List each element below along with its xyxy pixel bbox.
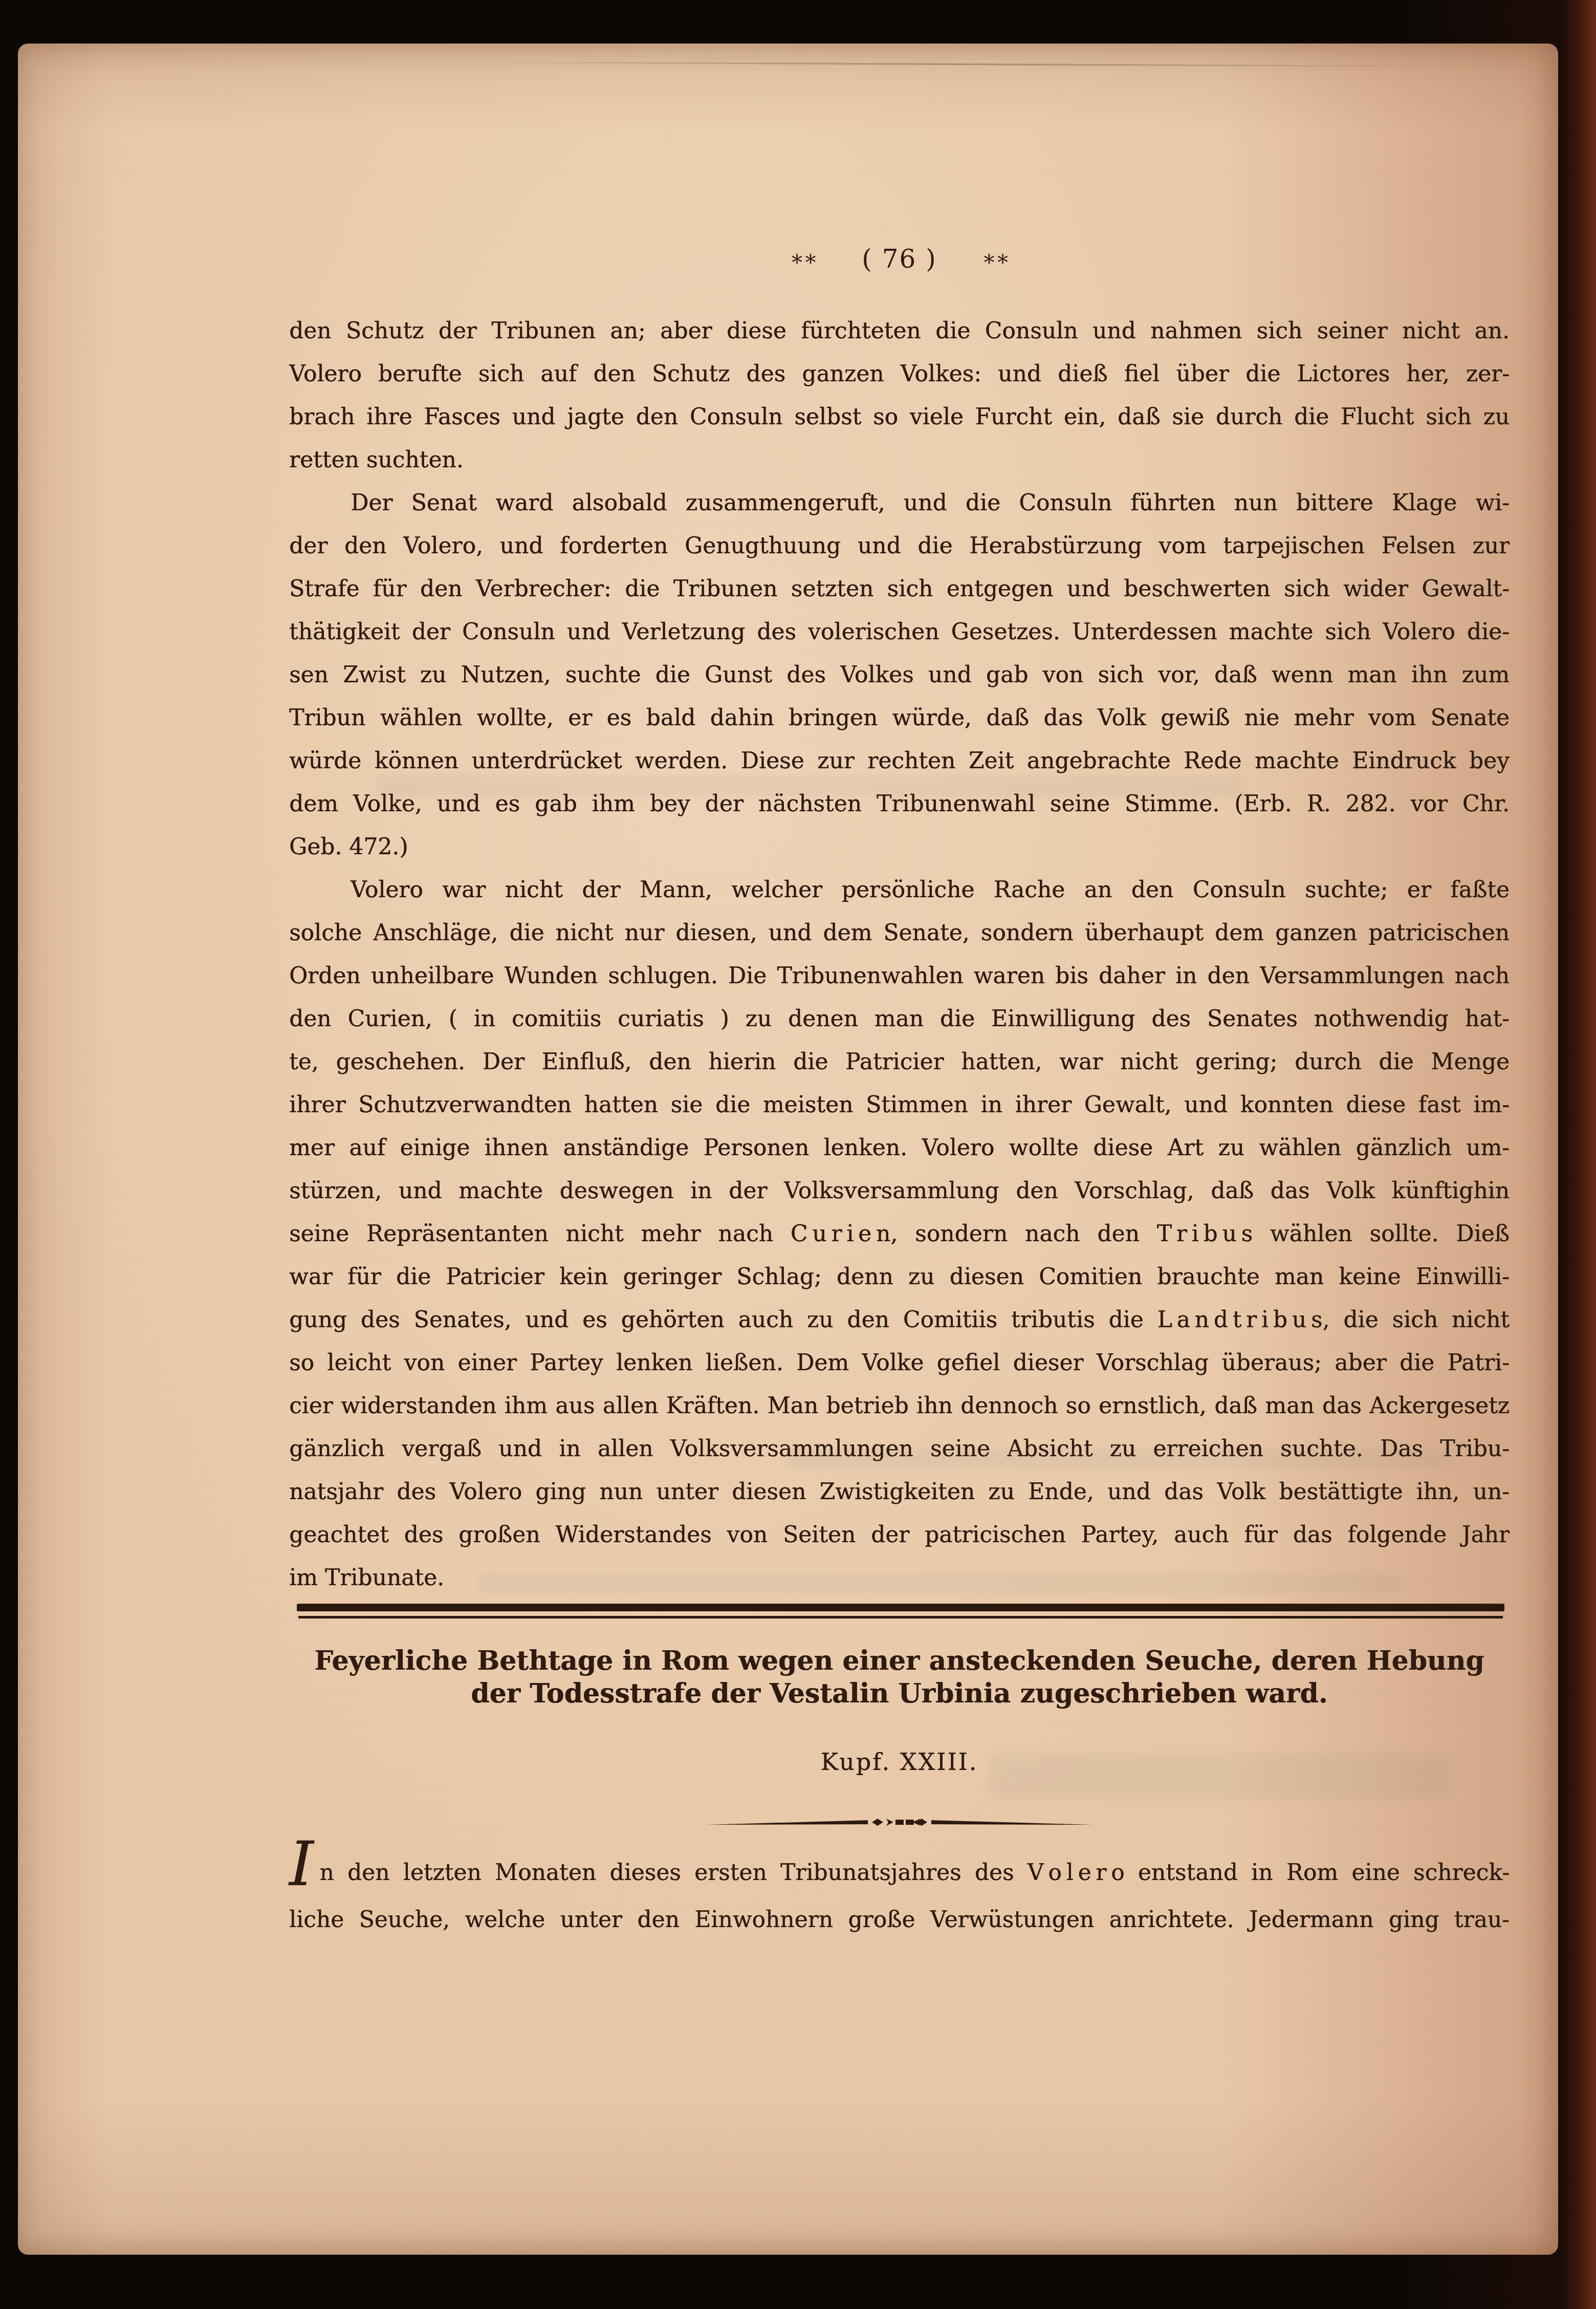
text-line: sen Zwist zu Nutzen, suchte die Gunst de… (289, 654, 1510, 697)
body-text-block: den Schutz der Tribunen an; aber diese f… (289, 310, 1510, 1600)
text-line: Orden unheilbare Wunden schlugen. Die Tr… (289, 955, 1510, 998)
text-line: dem Volke, und es gab ihm bey der nächst… (289, 783, 1510, 826)
text-line: Volero berufte sich auf den Schutz des g… (289, 353, 1510, 396)
scanned-book-spread: { "colors": { "paper": "#e8c7a7", "ink":… (0, 0, 1596, 2309)
text-line: den Schutz der Tribunen an; aber diese f… (289, 310, 1510, 353)
text-line: würde können unterdrücket werden. Diese … (289, 740, 1510, 783)
text-line: seine Repräsentanten nicht mehr nach C u… (289, 1213, 1510, 1256)
text-line: solche Anschläge, die nicht nur diesen, … (289, 912, 1510, 955)
paragraph-2: Der Senat ward alsobald zusammengeruft, … (289, 482, 1510, 869)
text-line: te, geschehen. Der Einfluß, den hierin d… (289, 1041, 1510, 1084)
text-line-content: n den letzten Monaten dieses ersten Trib… (319, 1860, 1510, 1886)
text-line: den Curien, ( in comitiis curiatis ) zu … (289, 998, 1510, 1041)
text-line: so leicht von einer Partey lenken ließen… (289, 1342, 1510, 1385)
text-line: In den letzten Monaten dieses ersten Tri… (289, 1849, 1510, 1896)
section-heading-line2: der Todesstrafe der Vestalin Urbinia zug… (289, 1677, 1510, 1710)
text-line: Volero war nicht der Mann, welcher persö… (289, 869, 1510, 912)
drop-initial: I (289, 1829, 313, 1900)
text-line: Geb. 472.) (289, 826, 1510, 869)
text-line: thätigkeit der Consuln und Verletzung de… (289, 611, 1510, 654)
page-number: ( 76 ) (862, 244, 936, 274)
text-line: Der Senat ward alsobald zusammengeruft, … (289, 482, 1510, 525)
section-rule-thin (298, 1616, 1503, 1619)
text-line: ihrer Schutzverwandten hatten sie die me… (289, 1084, 1510, 1127)
section-rule-thick (297, 1604, 1504, 1611)
paragraph-1: den Schutz der Tribunen an; aber diese f… (289, 310, 1510, 482)
text-line: der den Volero, und forderten Genugthuun… (289, 525, 1510, 568)
text-line: liche Seuche, welche unter den Ein­wohne… (289, 1896, 1510, 1944)
book-page: ∗∗ ( 76 ) ∗∗ den Schutz der Tribunen an;… (18, 44, 1558, 2255)
book-binding-edge (1558, 0, 1596, 2309)
text-line: retten suchten. (289, 439, 1510, 482)
text-line: gung des Senates, und es gehörten auch z… (289, 1299, 1510, 1342)
running-head: ∗∗ ( 76 ) ∗∗ (289, 244, 1510, 274)
text-line: war für die Patricier kein geringer Schl… (289, 1256, 1510, 1299)
text-line: gänzlich vergaß und in allen Volksversam… (289, 1428, 1510, 1471)
text-line: Strafe für den Verbrecher: die Tribunen … (289, 568, 1510, 611)
asterisk-ornament-icon: ∗∗ (790, 246, 817, 271)
section-heading-line1: Feyerliche Bethtage in Rom wegen einer a… (289, 1645, 1510, 1677)
text-line: geachtet des großen Widerstandes von Sei… (289, 1514, 1510, 1557)
text-line: natsjahr des Volero ging nun unter diese… (289, 1471, 1510, 1514)
page-edge-shadow (427, 60, 1492, 68)
text-line: Tribun wählen wollte, er es bald dahin b… (289, 697, 1510, 740)
asterisk-ornament-icon: ∗∗ (982, 246, 1009, 271)
divider-ornament (289, 1816, 1510, 1833)
text-line: cier widerstanden ihm aus allen Kräften.… (289, 1385, 1510, 1428)
plate-reference: Kupf. XXIII. (289, 1748, 1510, 1776)
paragraph-3: Volero war nicht der Mann, welcher persö… (289, 869, 1510, 1600)
text-line: stürzen, und machte deswegen in der Volk… (289, 1170, 1510, 1213)
text-line: mer auf einige ihnen anständige Personen… (289, 1127, 1510, 1170)
tapered-rule-icon (705, 1816, 1094, 1831)
text-line: brach ihre Fasces und jagte den Consuln … (289, 396, 1510, 439)
paragraph-final: In den letzten Monaten dieses ersten Tri… (289, 1849, 1510, 1944)
section-heading: Feyerliche Bethtage in Rom wegen einer a… (289, 1645, 1510, 1710)
text-line: im Tribunate. (289, 1557, 1510, 1600)
